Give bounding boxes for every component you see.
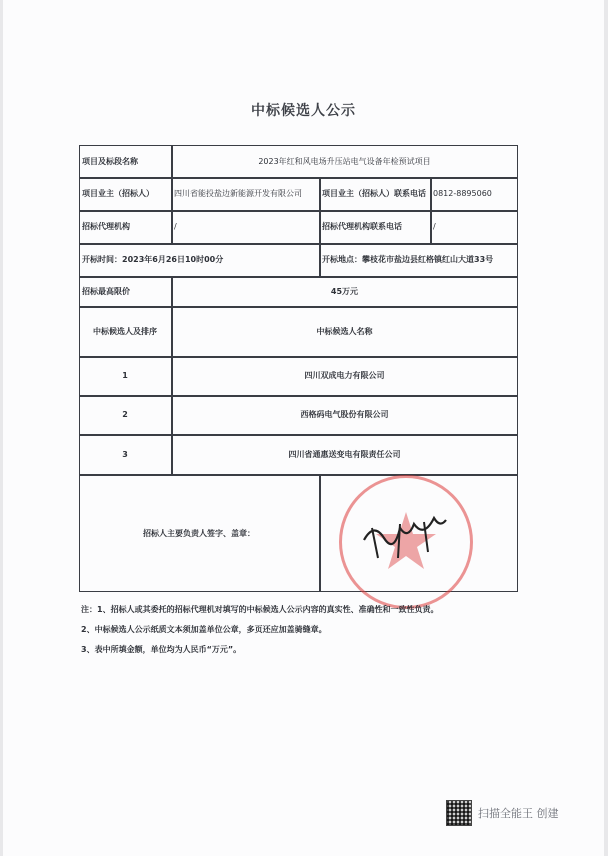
owner-value: 四川省能投盐边新能源开发有限公司	[171, 177, 319, 210]
document-title: 中标候选人公示	[3, 100, 604, 120]
agency-phone-label: 招标代理机构联系电话	[319, 210, 430, 243]
notes: 注：1、招标人或其委托的招标代理机对填写的中标候选人公示内容的真实性、准确性和一…	[81, 600, 439, 660]
candidate-name: 西格码电气股份有限公司	[171, 395, 518, 434]
max-price-value: 45万元	[171, 276, 518, 306]
seal-star-icon	[342, 478, 470, 606]
name-header: 中标候选人名称	[171, 306, 518, 356]
owner-label: 项目业主（招标人）	[79, 177, 171, 210]
note-item: 2、中标候选人公示纸质文本须加盖单位公章，多页还应加盖骑缝章。	[81, 620, 439, 640]
agency-label: 招标代理机构	[79, 210, 171, 243]
bid-opening-location: 开标地点：攀枝花市盐边县红格镇红山大道33号	[319, 243, 518, 276]
candidate-rank: 2	[79, 395, 171, 434]
project-name-label: 项目及标段名称	[79, 145, 171, 177]
watermark-text: 扫描全能王 创建	[478, 805, 559, 821]
project-name-value: 2023年红和风电场升压站电气设备年检预试项目	[171, 145, 518, 177]
agency-value: /	[171, 210, 319, 243]
candidate-name: 四川双成电力有限公司	[171, 356, 518, 395]
qr-code-icon	[446, 800, 472, 826]
bid-opening-time: 开标时间：2023年6月26日10时00分	[79, 243, 319, 276]
signature-label: 招标人主要负责人签字、盖章：	[79, 474, 319, 592]
candidate-rank: 3	[79, 434, 171, 474]
note-item: 3、表中所填金额，单位均为人民币“万元”。	[81, 640, 439, 660]
company-seal	[339, 475, 473, 609]
col-divider	[319, 474, 321, 592]
agency-phone-value: /	[430, 210, 518, 243]
rank-header: 中标候选人及排序	[79, 306, 171, 356]
owner-phone-value: 0812-8895060	[430, 177, 518, 210]
document-page: 中标候选人公示 项目及标段名称 2023年红和风电场升压站电气设备年检预试项目 …	[3, 0, 604, 856]
scanner-watermark: 扫描全能王 创建	[446, 800, 559, 826]
candidate-rank: 1	[79, 356, 171, 395]
note-item: 注：1、招标人或其委托的招标代理机对填写的中标候选人公示内容的真实性、准确性和一…	[81, 600, 439, 620]
owner-phone-label: 项目业主（招标人）联系电话	[319, 177, 430, 210]
max-price-label: 招标最高限价	[79, 276, 171, 306]
candidate-name: 四川省通惠送变电有限责任公司	[171, 434, 518, 474]
